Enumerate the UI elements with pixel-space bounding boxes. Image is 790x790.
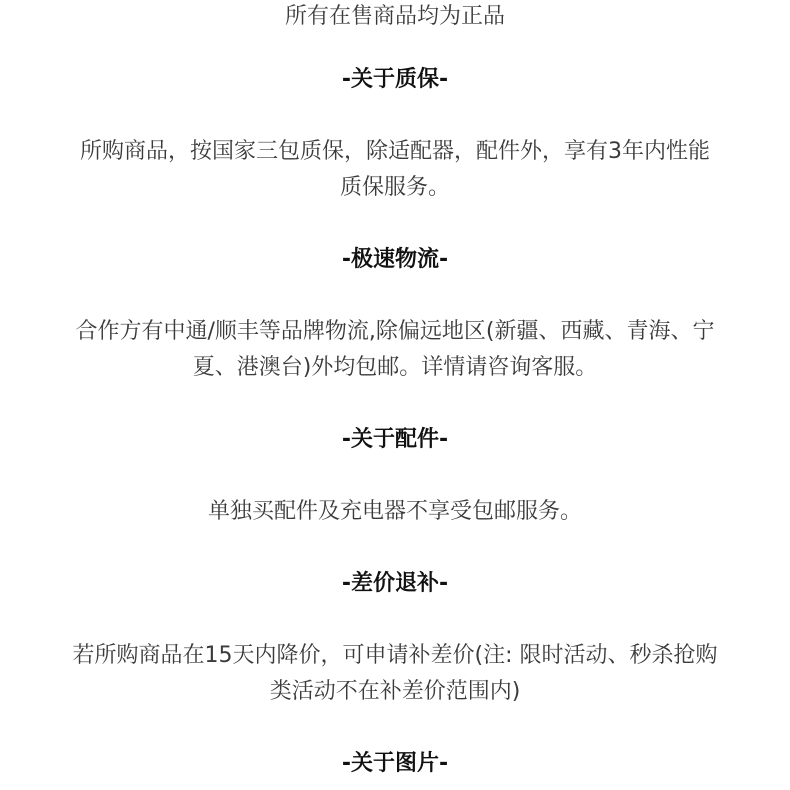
shipping-text-line-2: 夏、港澳台)外均包邮。详情请咨询客服。 [0,351,790,385]
heading-shipping: -极速物流- [0,243,790,277]
shipping-text-line-1: 合作方有中通/顺丰等品牌物流,除偏远地区(新疆、西藏、青海、宁 [0,315,790,349]
accessories-text-line-1: 单独买配件及充电器不享受包邮服务。 [0,495,790,529]
warranty-text-line-1: 所购商品，按国家三包质保，除适配器，配件外，享有3年内性能 [0,135,790,169]
heading-images: -关于图片- [0,747,790,781]
price-difference-text-line-1: 若所购商品在15天内降价，可申请补差价(注: 限时活动、秒杀抢购 [0,639,790,673]
heading-price-difference: -差价退补- [0,567,790,601]
price-difference-text-line-2: 类活动不在补差价范围内) [0,675,790,709]
heading-accessories: -关于配件- [0,423,790,457]
intro-text: 所有在售商品均为正品 [0,0,790,34]
heading-warranty: -关于质保- [0,63,790,97]
warranty-text-line-2: 质保服务。 [0,171,790,205]
